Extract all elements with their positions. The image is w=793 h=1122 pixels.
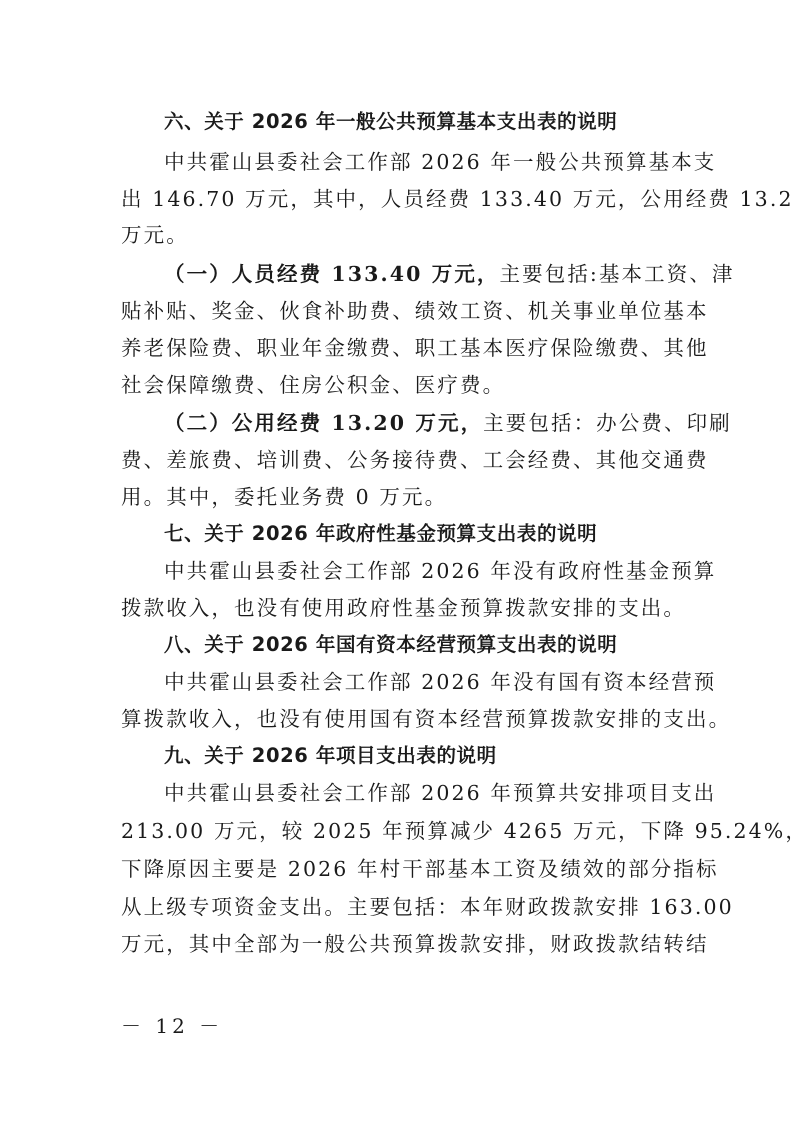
paragraph-line: 费、差旅费、培训费、公务接待费、工会经费、其他交通费: [121, 447, 709, 473]
bold-lead: （二）公用经费 13.20 万元，: [164, 411, 483, 435]
paragraph-line: 万元，其中全部为一般公共预算拨款安排，财政拨款结转结: [121, 931, 709, 957]
paragraph-line: 中共霍山县委社会工作部 2026 年没有国有资本经营预: [164, 669, 716, 695]
paragraph-text: 主要包括:基本工资、津: [500, 262, 735, 286]
paragraph-line: 用。其中，委托业务费 0 万元。: [121, 484, 447, 510]
page-number: － 12 －: [121, 1014, 223, 1038]
section-heading-6: 六、关于 2026 年一般公共预算基本支出表的说明: [164, 109, 617, 135]
paragraph-line: 贴补贴、奖金、伙食补助费、绩效工资、机关事业单位基本: [121, 298, 709, 324]
paragraph-personnel-expense: （一）人员经费 133.40 万元，主要包括:基本工资、津: [164, 261, 735, 287]
paragraph-line: 213.00 万元，较 2025 年预算减少 4265 万元，下降 95.24%…: [121, 818, 793, 844]
section-heading-9: 九、关于 2026 年项目支出表的说明: [164, 743, 497, 769]
paragraph-line: 社会保障缴费、住房公积金、医疗费。: [121, 372, 505, 398]
section-heading-8: 八、关于 2026 年国有资本经营预算支出表的说明: [164, 632, 617, 658]
paragraph-line: 养老保险费、职业年金缴费、职工基本医疗保险缴费、其他: [121, 335, 709, 361]
paragraph-line: 中共霍山县委社会工作部 2026 年预算共安排项目支出: [164, 780, 716, 806]
paragraph-line: 中共霍山县委社会工作部 2026 年没有政府性基金预算: [164, 558, 716, 584]
paragraph-line: 拨款收入，也没有使用政府性基金预算拨款安排的支出。: [121, 595, 686, 621]
bold-lead: （一）人员经费 133.40 万元，: [164, 262, 500, 286]
paragraph-line: 万元。: [121, 222, 189, 248]
paragraph-line: 从上级专项资金支出。主要包括：本年财政拨款安排 163.00: [121, 894, 734, 920]
paragraph-text: 主要包括：办公费、印刷: [483, 411, 732, 435]
paragraph-line: 下降原因主要是 2026 年村干部基本工资及绩效的部分指标: [121, 856, 719, 882]
paragraph-line: 出 146.70 万元，其中，人员经费 133.40 万元，公用经费 13.20: [121, 186, 793, 212]
paragraph-line: 算拨款收入，也没有使用国有资本经营预算拨款安排的支出。: [121, 706, 731, 732]
paragraph-line: 中共霍山县委社会工作部 2026 年一般公共预算基本支: [164, 149, 716, 175]
paragraph-public-expense: （二）公用经费 13.20 万元，主要包括：办公费、印刷: [164, 410, 732, 436]
section-heading-7: 七、关于 2026 年政府性基金预算支出表的说明: [164, 521, 597, 547]
